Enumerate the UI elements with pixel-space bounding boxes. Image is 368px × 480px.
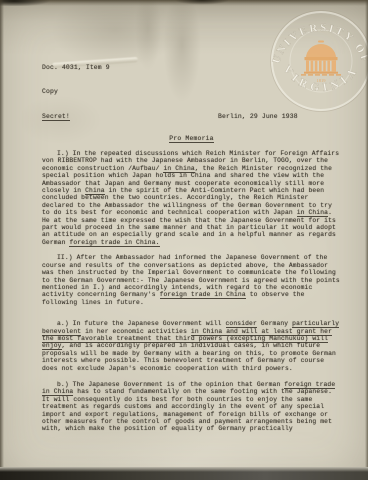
text-run: Germany <box>257 320 292 327</box>
paragraph-a: a.) In future the Japanese Government wi… <box>42 320 341 372</box>
text-run: has to stand fundamentally on the same f… <box>42 388 332 432</box>
paragraph-II: II.) After the Ambassador had informed t… <box>42 254 341 306</box>
copy-label: Copy <box>42 88 58 95</box>
doc-reference: Doc. 4031, Item 9 <box>42 64 110 71</box>
memo-title: Pro Memoria <box>169 135 213 143</box>
text-run: in her economic activities <box>81 328 191 335</box>
seal-graphic: UNIVERSITY OF VIRGINIA <box>266 6 368 116</box>
underlined-text-run: foreign trade in China. <box>69 239 159 247</box>
document-photo: UNIVERSITY OF VIRGINIA <box>0 0 368 480</box>
bottom-edge-shadow <box>0 467 368 480</box>
rotunda-icon: 1819 <box>301 41 341 84</box>
dateline: Berlin, 29 June 1938 <box>218 113 298 120</box>
classification-text: Secret! <box>42 113 70 121</box>
memo-title-row: Pro Memoria <box>42 135 341 142</box>
rotunda-steps <box>301 74 341 75</box>
paragraph-b: b.) The Japanese Government is of the op… <box>42 381 341 433</box>
text-run: a.) In future the Japanese Government wi… <box>57 320 226 327</box>
paragraph-I: I.) In the repeated discussions which Re… <box>42 150 341 246</box>
university-of-virginia-seal: UNIVERSITY OF VIRGINIA <box>266 6 368 116</box>
underlined-text-run: consider <box>226 320 257 328</box>
left-edge-shadow <box>0 0 4 480</box>
underlined-text-run: foreign trade in China <box>160 291 246 299</box>
seal-year: 1819 <box>317 78 327 83</box>
classification-label: Secret! <box>42 113 70 120</box>
text-run: b.) The Japanese Government is of the op… <box>57 381 284 388</box>
text-run: , and is accordingly prepared in individ… <box>42 342 336 371</box>
top-edge-shadow <box>0 0 368 6</box>
memo-body: I.) In the repeated discussions which Re… <box>42 150 341 433</box>
